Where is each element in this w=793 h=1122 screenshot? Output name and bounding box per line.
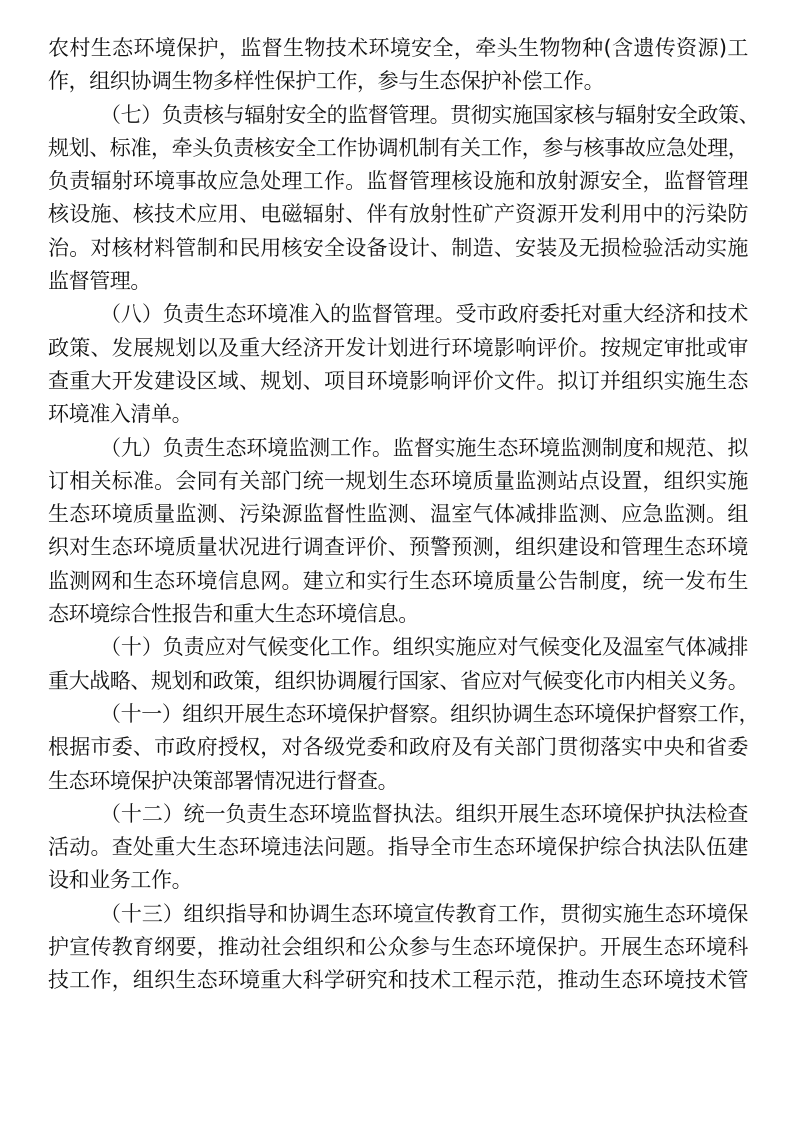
text-line: 环境准入清单。 bbox=[48, 398, 748, 431]
paragraph-item-12: （十二）统一负责生态环境监督执法。组织开展生态环境保护执法检查 活动。查处重大生… bbox=[48, 798, 748, 898]
text-line: 治。对核材料管制和民用核安全设备设计、制造、安装及无损检验活动实施 bbox=[48, 232, 748, 265]
text-line: （八）负责生态环境准入的监督管理。受市政府委托对重大经济和技术 bbox=[48, 298, 748, 331]
paragraph-item-10: （十）负责应对气候变化工作。组织实施应对气候变化及温室气体减排 重大战略、规划和… bbox=[48, 631, 748, 698]
text-line: 态环境综合性报告和重大生态环境信息。 bbox=[48, 598, 748, 631]
text-line: 规划、标准，牵头负责核安全工作协调机制有关工作，参与核事故应急处理， bbox=[48, 132, 748, 165]
text-line: 监测网和生态环境信息网。建立和实行生态环境质量公告制度，统一发布生 bbox=[48, 565, 748, 598]
text-line: 设和业务工作。 bbox=[48, 864, 748, 897]
text-line: （十三）组织指导和协调生态环境宣传教育工作，贯彻实施生态环境保 bbox=[48, 898, 748, 931]
text-line: 查重大开发建设区域、规划、项目环境影响评价文件。拟订并组织实施生态 bbox=[48, 365, 748, 398]
text-line: 生态环境保护决策部署情况进行督查。 bbox=[48, 765, 748, 798]
text-line: 根据市委、市政府授权，对各级党委和政府及有关部门贯彻落实中央和省委 bbox=[48, 731, 748, 764]
paragraph-item-7: （七）负责核与辐射安全的监督管理。贯彻实施国家核与辐射安全政策、 规划、标准，牵… bbox=[48, 99, 748, 299]
text-line: 监督管理。 bbox=[48, 265, 748, 298]
text-line: 作，组织协调生物多样性保护工作，参与生态保护补偿工作。 bbox=[48, 65, 748, 98]
text-line: （九）负责生态环境监测工作。监督实施生态环境监测制度和规范、拟 bbox=[48, 432, 748, 465]
text-line: 政策、发展规划以及重大经济开发计划进行环境影响评价。按规定审批或审 bbox=[48, 332, 748, 365]
text-line: 技工作，组织生态环境重大科学研究和技术工程示范，推动生态环境技术管 bbox=[48, 964, 748, 997]
text-line: 活动。查处重大生态环境违法问题。指导全市生态环境保护综合执法队伍建 bbox=[48, 831, 748, 864]
document-page: 农村生态环境保护，监督生物技术环境安全，牵头生物物种(含遗传资源)工 作，组织协… bbox=[48, 32, 748, 998]
text-line: 织对生态环境质量状况进行调查评价、预警预测，组织建设和管理生态环境 bbox=[48, 531, 748, 564]
text-line: 生态环境质量监测、污染源监督性监测、温室气体减排监测、应急监测。组 bbox=[48, 498, 748, 531]
text-line: 负责辐射环境事故应急处理工作。监督管理核设施和放射源安全，监督管理 bbox=[48, 165, 748, 198]
text-line: （七）负责核与辐射安全的监督管理。贯彻实施国家核与辐射安全政策、 bbox=[48, 99, 748, 132]
paragraph-continuation: 农村生态环境保护，监督生物技术环境安全，牵头生物物种(含遗传资源)工 作，组织协… bbox=[48, 32, 748, 99]
text-line: （十一）组织开展生态环境保护督察。组织协调生态环境保护督察工作， bbox=[48, 698, 748, 731]
text-line: 订相关标准。会同有关部门统一规划生态环境质量监测站点设置，组织实施 bbox=[48, 465, 748, 498]
paragraph-item-13: （十三）组织指导和协调生态环境宣传教育工作，贯彻实施生态环境保 护宣传教育纲要，… bbox=[48, 898, 748, 998]
paragraph-item-8: （八）负责生态环境准入的监督管理。受市政府委托对重大经济和技术 政策、发展规划以… bbox=[48, 298, 748, 431]
text-line: 核设施、核技术应用、电磁辐射、伴有放射性矿产资源开发利用中的污染防 bbox=[48, 198, 748, 231]
text-line: （十）负责应对气候变化工作。组织实施应对气候变化及温室气体减排 bbox=[48, 631, 748, 664]
text-line: 农村生态环境保护，监督生物技术环境安全，牵头生物物种(含遗传资源)工 bbox=[48, 32, 748, 65]
text-line: （十二）统一负责生态环境监督执法。组织开展生态环境保护执法检查 bbox=[48, 798, 748, 831]
paragraph-item-11: （十一）组织开展生态环境保护督察。组织协调生态环境保护督察工作， 根据市委、市政… bbox=[48, 698, 748, 798]
text-line: 护宣传教育纲要，推动社会组织和公众参与生态环境保护。开展生态环境科 bbox=[48, 931, 748, 964]
text-line: 重大战略、规划和政策，组织协调履行国家、省应对气候变化市内相关义务。 bbox=[48, 665, 748, 698]
paragraph-item-9: （九）负责生态环境监测工作。监督实施生态环境监测制度和规范、拟 订相关标准。会同… bbox=[48, 432, 748, 632]
